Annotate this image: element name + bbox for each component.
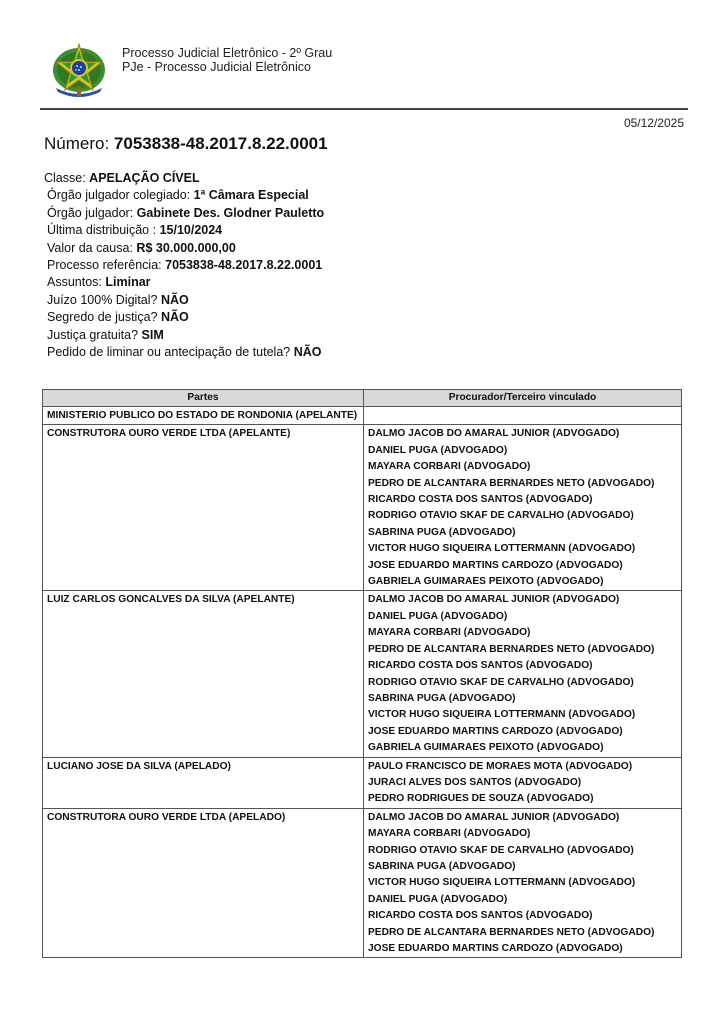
- attorney-name: RODRIGO OTAVIO SKAF DE CARVALHO (ADVOGAD…: [368, 843, 677, 859]
- meta-label: Juízo 100% Digital?: [47, 293, 157, 307]
- attorneys-cell: [364, 407, 682, 425]
- meta-value: NÃO: [294, 345, 322, 359]
- attorney-name: DANIEL PUGA (ADVOGADO): [368, 609, 677, 625]
- party-cell: CONSTRUTORA OURO VERDE LTDA (APELANTE): [43, 425, 364, 591]
- attorney-name: DALMO JACOB DO AMARAL JUNIOR (ADVOGADO): [368, 426, 677, 442]
- table-row: CONSTRUTORA OURO VERDE LTDA (APELADO)DAL…: [43, 808, 682, 958]
- attorney-name: DALMO JACOB DO AMARAL JUNIOR (ADVOGADO): [368, 592, 677, 608]
- meta-label: Pedido de liminar ou antecipação de tute…: [47, 345, 290, 359]
- table-header-row: Partes Procurador/Terceiro vinculado: [43, 390, 682, 407]
- meta-value: NÃO: [161, 310, 189, 324]
- meta-label: Justiça gratuita?: [47, 328, 138, 342]
- attorney-name: PEDRO DE ALCANTARA BERNARDES NETO (ADVOG…: [368, 476, 677, 492]
- table-row: CONSTRUTORA OURO VERDE LTDA (APELANTE)DA…: [43, 425, 682, 591]
- meta-label: Processo referência:: [47, 258, 162, 272]
- meta-label: Assuntos:: [47, 275, 102, 289]
- attorneys-cell: DALMO JACOB DO AMARAL JUNIOR (ADVOGADO)M…: [364, 808, 682, 958]
- attorney-name: RICARDO COSTA DOS SANTOS (ADVOGADO): [368, 492, 677, 508]
- attorney-name: RODRIGO OTAVIO SKAF DE CARVALHO (ADVOGAD…: [368, 675, 677, 691]
- party-cell: LUCIANO JOSE DA SILVA (APELADO): [43, 757, 364, 808]
- attorneys-cell: PAULO FRANCISCO DE MORAES MOTA (ADVOGADO…: [364, 757, 682, 808]
- party-cell: MINISTERIO PUBLICO DO ESTADO DE RONDONIA…: [43, 407, 364, 425]
- attorney-name: DANIEL PUGA (ADVOGADO): [368, 892, 677, 908]
- meta-justica-gratuita: Justiça gratuita? SIM: [44, 327, 324, 344]
- attorneys-cell: DALMO JACOB DO AMARAL JUNIOR (ADVOGADO)D…: [364, 425, 682, 591]
- attorney-name: GABRIELA GUIMARAES PEIXOTO (ADVOGADO): [368, 740, 677, 756]
- system-title-line2: PJe - Processo Judicial Eletrônico: [122, 60, 332, 74]
- attorney-name: SABRINA PUGA (ADVOGADO): [368, 691, 677, 707]
- attorney-name: PEDRO RODRIGUES DE SOUZA (ADVOGADO): [368, 791, 677, 807]
- parties-table-body: MINISTERIO PUBLICO DO ESTADO DE RONDONIA…: [43, 407, 682, 958]
- meta-value: 7053838-48.2017.8.22.0001: [165, 258, 322, 272]
- process-metadata: Classe: APELAÇÃO CÍVEL Órgão julgador co…: [44, 170, 324, 361]
- system-title: Processo Judicial Eletrônico - 2º Grau P…: [122, 46, 332, 74]
- table-row: LUIZ CARLOS GONCALVES DA SILVA (APELANTE…: [43, 591, 682, 757]
- meta-segredo-justica: Segredo de justiça? NÃO: [44, 309, 324, 326]
- attorney-name: JURACI ALVES DOS SANTOS (ADVOGADO): [368, 775, 677, 791]
- process-number-value: 7053838-48.2017.8.22.0001: [114, 134, 328, 153]
- header-divider: [40, 108, 688, 110]
- brazil-coat-of-arms-icon: [48, 40, 110, 102]
- system-title-line1: Processo Judicial Eletrônico - 2º Grau: [122, 46, 332, 60]
- meta-label: Segredo de justiça?: [47, 310, 158, 324]
- attorney-name: VICTOR HUGO SIQUEIRA LOTTERMANN (ADVOGAD…: [368, 875, 677, 891]
- meta-classe: Classe: APELAÇÃO CÍVEL: [44, 170, 324, 187]
- party-cell: CONSTRUTORA OURO VERDE LTDA (APELADO): [43, 808, 364, 958]
- meta-processo-referencia: Processo referência: 7053838-48.2017.8.2…: [44, 257, 324, 274]
- meta-orgao-julgador: Órgão julgador: Gabinete Des. Glodner Pa…: [44, 205, 324, 222]
- attorney-name: RODRIGO OTAVIO SKAF DE CARVALHO (ADVOGAD…: [368, 508, 677, 524]
- meta-value: APELAÇÃO CÍVEL: [89, 171, 199, 185]
- meta-juizo-digital: Juízo 100% Digital? NÃO: [44, 292, 324, 309]
- table-row: MINISTERIO PUBLICO DO ESTADO DE RONDONIA…: [43, 407, 682, 425]
- party-name: MINISTERIO PUBLICO DO ESTADO DE RONDONIA…: [47, 408, 359, 424]
- party-name: CONSTRUTORA OURO VERDE LTDA (APELADO): [47, 810, 359, 826]
- meta-label: Órgão julgador colegiado:: [47, 188, 190, 202]
- attorney-name: MAYARA CORBARI (ADVOGADO): [368, 625, 677, 641]
- meta-orgao-colegiado: Órgão julgador colegiado: 1ª Câmara Espe…: [44, 187, 324, 204]
- attorney-name: MAYARA CORBARI (ADVOGADO): [368, 459, 677, 475]
- attorney-name: JOSE EDUARDO MARTINS CARDOZO (ADVOGADO): [368, 724, 677, 740]
- meta-label: Valor da causa:: [47, 241, 133, 255]
- meta-ultima-distribuicao: Última distribuição : 15/10/2024: [44, 222, 324, 239]
- party-name: LUIZ CARLOS GONCALVES DA SILVA (APELANTE…: [47, 592, 359, 608]
- print-date: 05/12/2025: [624, 116, 684, 130]
- process-number-label: Número:: [44, 134, 109, 153]
- meta-pedido-liminar: Pedido de liminar ou antecipação de tute…: [44, 344, 324, 361]
- meta-value: Liminar: [105, 275, 150, 289]
- attorney-name: JOSE EDUARDO MARTINS CARDOZO (ADVOGADO): [368, 941, 677, 957]
- attorney-name: PAULO FRANCISCO DE MORAES MOTA (ADVOGADO…: [368, 759, 677, 775]
- attorney-name: RICARDO COSTA DOS SANTOS (ADVOGADO): [368, 908, 677, 924]
- attorney-name: PEDRO DE ALCANTARA BERNARDES NETO (ADVOG…: [368, 925, 677, 941]
- meta-value: Gabinete Des. Glodner Pauletto: [137, 206, 325, 220]
- meta-label: Classe:: [44, 171, 86, 185]
- attorney-name: DANIEL PUGA (ADVOGADO): [368, 443, 677, 459]
- attorney-name: MAYARA CORBARI (ADVOGADO): [368, 826, 677, 842]
- meta-value: NÃO: [161, 293, 189, 307]
- meta-value: 15/10/2024: [160, 223, 223, 237]
- process-number: Número: 7053838-48.2017.8.22.0001: [44, 134, 328, 154]
- attorney-name: VICTOR HUGO SIQUEIRA LOTTERMANN (ADVOGAD…: [368, 707, 677, 723]
- parties-table: Partes Procurador/Terceiro vinculado MIN…: [42, 389, 682, 958]
- party-name: CONSTRUTORA OURO VERDE LTDA (APELANTE): [47, 426, 359, 442]
- meta-valor-causa: Valor da causa: R$ 30.000.000,00: [44, 240, 324, 257]
- attorney-name: VICTOR HUGO SIQUEIRA LOTTERMANN (ADVOGAD…: [368, 541, 677, 557]
- attorneys-cell: DALMO JACOB DO AMARAL JUNIOR (ADVOGADO)D…: [364, 591, 682, 757]
- attorney-name: JOSE EDUARDO MARTINS CARDOZO (ADVOGADO): [368, 558, 677, 574]
- document-header: Processo Judicial Eletrônico - 2º Grau P…: [0, 0, 724, 112]
- meta-assuntos: Assuntos: Liminar: [44, 274, 324, 291]
- table-row: LUCIANO JOSE DA SILVA (APELADO)PAULO FRA…: [43, 757, 682, 808]
- party-name: LUCIANO JOSE DA SILVA (APELADO): [47, 759, 359, 775]
- attorney-name: DALMO JACOB DO AMARAL JUNIOR (ADVOGADO): [368, 810, 677, 826]
- meta-value: 1ª Câmara Especial: [194, 188, 309, 202]
- attorney-name: SABRINA PUGA (ADVOGADO): [368, 525, 677, 541]
- column-header-procurador: Procurador/Terceiro vinculado: [364, 390, 682, 407]
- meta-value: SIM: [142, 328, 164, 342]
- meta-label: Última distribuição :: [47, 223, 156, 237]
- meta-value: R$ 30.000.000,00: [136, 241, 235, 255]
- attorney-name: GABRIELA GUIMARAES PEIXOTO (ADVOGADO): [368, 574, 677, 590]
- party-cell: LUIZ CARLOS GONCALVES DA SILVA (APELANTE…: [43, 591, 364, 757]
- meta-label: Órgão julgador:: [47, 206, 133, 220]
- attorney-name: SABRINA PUGA (ADVOGADO): [368, 859, 677, 875]
- attorney-name: PEDRO DE ALCANTARA BERNARDES NETO (ADVOG…: [368, 642, 677, 658]
- attorney-name: RICARDO COSTA DOS SANTOS (ADVOGADO): [368, 658, 677, 674]
- column-header-partes: Partes: [43, 390, 364, 407]
